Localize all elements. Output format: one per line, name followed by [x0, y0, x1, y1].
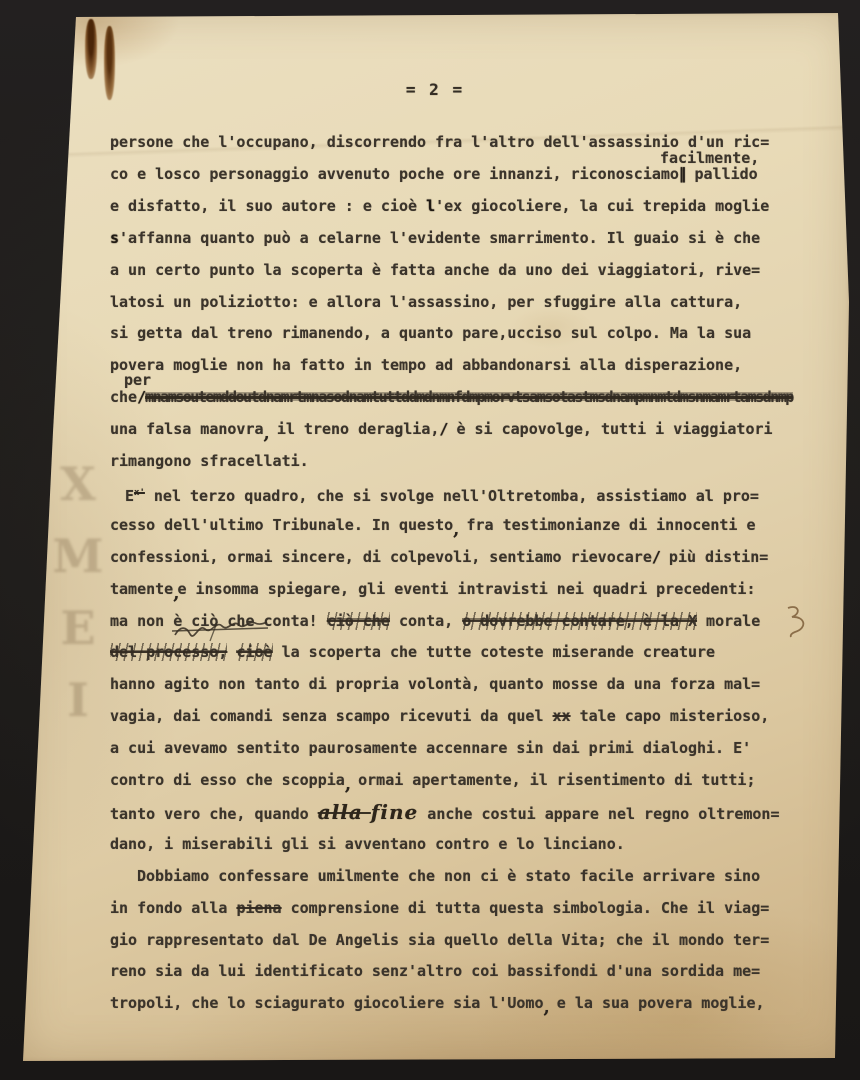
typed-line: Ex' nel terzo quadro, che si svolge nell… [125, 483, 759, 506]
typed-text: tanto vero che, quando [110, 805, 318, 823]
struck-text: ciò che [327, 612, 390, 630]
typed-insertion-per: per [124, 371, 151, 389]
typed-text: la scoperta che tutte coteste miserande … [273, 643, 716, 661]
typed-text: più distin= [660, 548, 768, 566]
typed-text: nel terzo quadro, che si svolge nell'Olt… [145, 487, 759, 505]
typed-text: a cui avevamo sentito paurosamente accen… [110, 739, 751, 757]
typed-text: contro di esso che scoppia [110, 771, 345, 789]
margin-pen-mark [784, 604, 810, 638]
typed-text: E [125, 487, 134, 505]
typed-line: a un certo punto la scoperta è fatta anc… [110, 260, 760, 280]
typed-text: e la sua povera moglie, [548, 994, 765, 1012]
struck-text: cioè [236, 643, 272, 661]
typed-text: il treno deraglia, [268, 420, 440, 438]
pen-mark: , [173, 583, 177, 604]
typed-line: tanto vero che, quando alla fine anche c… [110, 802, 780, 824]
typed-text: in fondo alla [110, 899, 236, 917]
typed-line: s'affanna quanto può a celarne l'evident… [110, 228, 760, 248]
typed-text: e insomma spiegare, gli eventi intravist… [178, 580, 756, 598]
pen-mark: , [264, 423, 268, 444]
page-number: = 2 = [20, 80, 850, 99]
pen-mark: s [110, 229, 119, 247]
typed-text: co e losco personaggio avvenuto poche or… [110, 165, 679, 183]
typed-line: reno sia da lui identificato senz'altro … [110, 961, 760, 981]
typed-insertion-facilmente: facilmente, [660, 149, 759, 167]
bleed-through-letters: X M E I [46, 448, 110, 736]
typed-text: tale capo misterioso, [571, 707, 770, 725]
typed-line: vagia, dai comandi senza scampo ricevuti… [110, 706, 769, 726]
pen-mark: l [426, 197, 435, 215]
struck-text: o dovrebbe contare, è la X [462, 612, 697, 630]
typed-text: rimangono sfracellati. [110, 452, 309, 470]
typed-text: fra testimonianze di innocenti e [457, 516, 755, 534]
handwritten-text: fine [371, 800, 418, 824]
pen-mark: , [543, 997, 547, 1018]
typed-text: comprensione di tutta questa simbologia.… [282, 899, 770, 917]
typed-text: confessioni, ormai sincere, di colpevoli… [110, 548, 652, 566]
typed-line: Dobbiamo confessare umilmente che non ci… [137, 866, 760, 886]
typed-line: hanno agito non tanto di propria volontà… [110, 674, 760, 694]
typed-line: tropoli, che lo sciagurato giocoliere si… [110, 993, 765, 1013]
typed-text: pallido [685, 165, 757, 183]
typed-text: si getta dal treno rimanendo, a quanto p… [110, 324, 751, 342]
handwritten-scribble [172, 622, 272, 642]
typed-line: rimangono sfracellati. [110, 451, 309, 471]
struck-text: xx [553, 707, 571, 725]
typed-line: cesso dell'ultimo Tribunale. In questo, … [110, 515, 755, 535]
typed-line: si getta dal treno rimanendo, a quanto p… [110, 323, 751, 343]
typed-text: Dobbiamo confessare umilmente che non ci… [137, 867, 760, 885]
typed-line: del processo, cioè la scoperta che tutte… [110, 642, 715, 662]
typed-text: e disfatto, il suo autore : e cioè [110, 197, 426, 215]
typed-text: hanno agito non tanto di propria volontà… [110, 675, 760, 693]
typed-text: 'ex giocoliere, la cui trepida moglie [435, 197, 769, 215]
struck-text: piena [236, 899, 281, 917]
typed-text: cesso dell'ultimo Tribunale. In questo [110, 516, 453, 534]
typed-text: morale [697, 612, 760, 630]
typed-text: ormai apertamente, il risentimento di tu… [349, 771, 755, 789]
typed-line: confessioni, ormai sincere, di colpevoli… [110, 547, 768, 567]
typed-line: e disfatto, il suo autore : e cioè l'ex … [110, 196, 769, 216]
typed-text: reno sia da lui identificato senz'altro … [110, 962, 760, 980]
pen-mark: / [652, 548, 660, 566]
typed-line: gio rappresentato dal De Angelis sia que… [110, 930, 769, 950]
typed-text: è si capovolge, tutti i viaggiatori [447, 420, 772, 438]
typed-text: che [110, 388, 137, 406]
struck-text: mnamsoutemddoutdnamrtmnasodnamtuttddmdnm… [145, 388, 793, 406]
typed-text: dano, i miserabili gli si avventano cont… [110, 835, 625, 853]
manuscript-page: X M E I = 2 = persone che l'occupano, di… [20, 12, 850, 1062]
struck-text: del processo, [110, 643, 227, 661]
typed-line: in fondo alla piena comprensione di tutt… [110, 898, 769, 918]
pen-mark: , [345, 774, 349, 795]
typed-text: anche costui appare nel regno oltremon= [418, 805, 779, 823]
typed-text: tamente [110, 580, 173, 598]
typed-line: latosi un poliziotto: e allora l'assassi… [110, 292, 742, 312]
typed-text: 'affanna quanto può a celarne l'evidente… [119, 229, 760, 247]
typed-text: povera moglie non ha fatto in tempo ad a… [110, 356, 742, 374]
typed-text: vagia, dai comandi senza scampo ricevuti… [110, 707, 553, 725]
typed-line: a cui avevamo sentito paurosamente accen… [110, 738, 751, 758]
typed-text: a un certo punto la scoperta è fatta anc… [110, 261, 760, 279]
typed-line: povera moglie non ha fatto in tempo ad a… [110, 355, 742, 375]
typed-text: conta, [390, 612, 462, 630]
rust-stain [85, 19, 97, 79]
typed-text: gio rappresentato dal De Angelis sia que… [110, 931, 769, 949]
scanned-document-background: { "document": { "page_label": "= 2 =", "… [0, 0, 860, 1080]
typed-text: x' [134, 488, 145, 498]
pen-mark: , [453, 519, 457, 540]
typed-line: che/mnamsoutemddoutdnamrtmnasodnamtuttdd… [110, 387, 793, 407]
typed-line: una falsa manovra, il treno deraglia,/ è… [110, 419, 773, 439]
typed-text: latosi un poliziotto: e allora l'assassi… [110, 293, 742, 311]
typed-line: dano, i miserabili gli si avventano cont… [110, 834, 625, 854]
handwritten-text: alla [318, 800, 371, 824]
typed-text: una falsa manovra [110, 420, 264, 438]
typed-line: tamente,e insomma spiegare, gli eventi i… [110, 579, 755, 599]
typed-text: tropoli, che lo sciagurato giocoliere si… [110, 994, 543, 1012]
pen-mark: / [137, 388, 145, 406]
typed-line: contro di esso che scoppia, ormai aperta… [110, 770, 755, 790]
